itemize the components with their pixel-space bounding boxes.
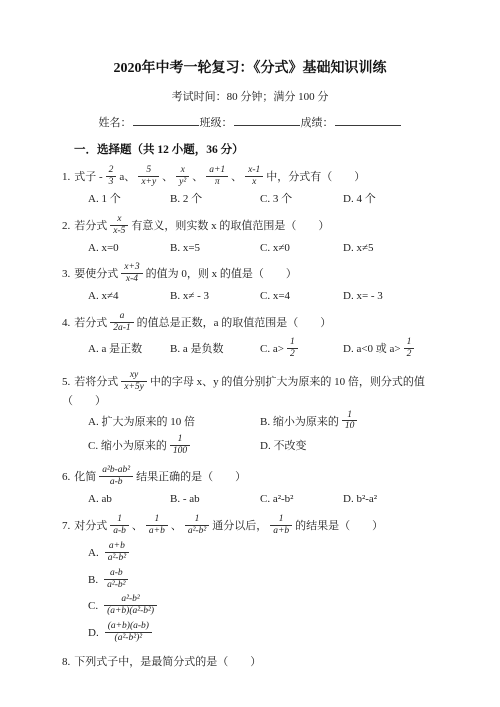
numerator: xy [121,370,147,381]
denominator: x+5y [121,381,147,393]
denominator: 100 [170,445,190,457]
numerator: 1 [170,434,190,445]
option-c: C. x=4 [260,289,343,304]
option-c-text: C. 缩小为原来的 [88,440,167,452]
numerator: (a+b)(a-b) [105,621,152,632]
question-7-text: 通分以后， [212,520,267,532]
question-5-number: 5. [62,376,70,388]
question-3-options: A. x≠4 B. x≠ - 3 C. x=4 D. x= - 3 [88,289,500,304]
question-4-number: 4. [62,317,70,329]
question-3-text: 要使分式 [74,268,118,280]
fraction: a+1π [206,165,228,188]
name-blank [133,113,199,126]
option-b: B. 缩小为原来的110 [260,411,500,434]
option-c: C.a²-b²(a+b)(a²-b²) [88,595,500,618]
question-4-text: 若分式 [74,317,107,329]
option-b-label: B. [88,574,98,586]
section-heading: 一．选择题（共 12 小题，36 分） [74,143,500,159]
question-6-text: 化简 [74,471,96,483]
question-8-number: 8. [62,656,70,668]
question-6-options: A. ab B. - ab C. a²-b² D. b²-a² [88,492,500,507]
option-a: A. 扩大为原来的 10 倍 [88,415,260,430]
question-1-text: 、 [162,171,173,183]
question-7-text: 、 [132,520,143,532]
denominator: x-4 [121,273,142,285]
question-1-text: 、 [231,171,242,183]
fraction: 1a-b [110,514,129,537]
numerator: x [176,165,189,176]
question-3-text: 的值为 0，则 x 的值是（ ） [146,268,297,280]
option-d: D. 不改变 [260,439,500,454]
numerator: x+3 [121,262,142,273]
question-1-text: 、 [192,171,203,183]
question-2: 2.若分式xx-5有意义，则实数 x 的取值范围是（ ） [62,215,500,238]
option-d: D. b²-a² [343,492,500,507]
fraction: xyx+5y [121,370,147,393]
fraction: xx-5 [110,214,128,237]
fraction: 1a+b [146,514,168,537]
question-7: 7.对分式1a-b、1a+b、1a²-b²通分以后，1a+b的结果是（ ） [62,515,500,538]
question-8: 8.下列式子中，是最简分式的是（ ） [62,655,500,670]
fraction: a²-b²(a+b)(a²-b²) [104,594,157,617]
numerator: 1 [146,514,168,525]
question-7-text: 、 [171,520,182,532]
fraction: a2a-1 [110,311,133,334]
question-5: 5.若将分式xyx+5y中的字母 x、y 的值分别扩大为原来的 10 倍，则分式… [62,371,500,409]
question-1-text: a、 [119,171,135,183]
option-b: B. 2 个 [170,192,260,207]
option-b: B.a-ba²-b² [88,569,500,592]
numerator: 1 [110,514,129,525]
question-4-options: A. a 是正数 B. a 是负数 C. a>12 D. a<0 或 a>12 [88,338,500,361]
denominator: 10 [342,420,358,432]
numerator: x-1 [245,165,263,176]
question-3: 3.要使分式x+3x-4的值为 0，则 x 的值是（ ） [62,263,500,286]
denominator: y² [176,176,189,188]
name-class-score-line: 姓名：班级：成绩： [0,113,500,131]
page-title: 2020年中考一轮复习：《分式》基础知识训练 [0,60,500,79]
question-1: 1.式子 -23a、5x+y、xy²、a+1π、x-1x中，分式有（ ） [62,166,500,189]
denominator: a+b [270,525,292,537]
question-4-text: 的值总是正数，a 的取值范围是（ ） [137,317,332,329]
class-label: 班级： [200,117,233,129]
question-8-text: 下列式子中，是最简分式的是（ ） [74,656,261,668]
fraction: 12 [287,337,298,360]
question-5-text: 若将分式 [74,376,118,388]
denominator: π [206,176,228,188]
fraction: 110 [342,410,358,433]
numerator: a²-b² [104,594,157,605]
fraction: 1a+b [270,514,292,537]
option-c: C. a²-b² [260,492,343,507]
fraction: 1100 [170,434,190,457]
numerator: 1 [287,337,298,348]
fraction: x-1x [245,165,263,188]
numerator: a+b [105,541,129,552]
question-7-number: 7. [62,520,70,532]
fraction: (a+b)(a-b)(a²-b²)² [105,621,152,644]
name-label: 姓名： [99,117,132,129]
denominator: 3 [106,176,117,188]
denominator: a²-b² [104,579,128,591]
denominator: 2a-1 [110,322,133,334]
option-c-text: C. a> [260,343,284,355]
numerator: 2 [106,165,117,176]
question-7-text: 对分式 [74,520,107,532]
numerator: 1 [342,410,358,421]
option-d: D. 4 个 [343,192,500,207]
numerator: a+1 [206,165,228,176]
option-a: A. x=0 [88,241,170,256]
option-b: B. x=5 [170,241,260,256]
option-c-label: C. [88,600,98,612]
numerator: a [110,311,133,322]
numerator: 5 [138,165,159,176]
fraction: 23 [106,165,117,188]
option-a: A.a+ba²-b² [88,542,500,565]
option-d: D.(a+b)(a-b)(a²-b²)² [88,622,500,645]
numerator: a-b [104,568,128,579]
fraction: a+ba²-b² [105,541,129,564]
numerator: 1 [270,514,292,525]
question-2-text: 若分式 [74,220,107,232]
fraction: 1a²-b² [185,514,209,537]
fraction: xy² [176,165,189,188]
option-d-label: D. [88,627,99,639]
denominator: a²-b² [105,552,129,564]
fraction: 5x+y [138,165,159,188]
question-7-text: 的结果是（ ） [295,520,383,532]
fraction: a²b-ab²a-b [99,465,133,488]
exam-paper: 2020年中考一轮复习：《分式》基础知识训练 考试时间：80 分钟；满分 100… [0,0,500,707]
question-2-number: 2. [62,220,70,232]
option-d: D. x= - 3 [343,289,500,304]
option-b: B. a 是负数 [170,342,260,357]
question-5-options-row-2: C. 缩小为原来的1100 D. 不改变 [88,435,500,458]
class-blank [234,113,300,126]
option-c: C. x≠0 [260,241,343,256]
option-b: B. x≠ - 3 [170,289,260,304]
question-6: 6.化简a²b-ab²a-b结果正确的是（ ） [62,466,500,489]
denominator: x+y [138,176,159,188]
fraction: x+3x-4 [121,262,142,285]
numerator: x [110,214,128,225]
exam-info: 考试时间：80 分钟；满分 100 分 [0,90,500,105]
option-b: B. - ab [170,492,260,507]
numerator: 1 [404,337,415,348]
denominator: x-5 [110,225,128,237]
option-a-label: A. [88,547,99,559]
option-d: D. a<0 或 a>12 [343,338,500,361]
option-a: A. x≠4 [88,289,170,304]
question-1-number: 1. [62,171,70,183]
question-6-number: 6. [62,471,70,483]
question-5-options-row-1: A. 扩大为原来的 10 倍 B. 缩小为原来的110 [88,411,500,434]
denominator: (a+b)(a²-b²) [104,605,157,617]
denominator: x [245,176,263,188]
denominator: 2 [287,348,298,360]
question-6-text: 结果正确的是（ ） [136,471,246,483]
denominator: a+b [146,525,168,537]
numerator: a²b-ab² [99,465,133,476]
question-3-number: 3. [62,268,70,280]
score-blank [335,113,401,126]
option-c: C. 3 个 [260,192,343,207]
fraction: 12 [404,337,415,360]
option-d-text: D. a<0 或 a> [343,343,401,355]
score-label: 成绩： [301,117,334,129]
option-a: A. 1 个 [88,192,170,207]
denominator: a²-b² [185,525,209,537]
question-2-text: 有意义，则实数 x 的取值范围是（ ） [131,220,329,232]
fraction: a-ba²-b² [104,568,128,591]
denominator: 2 [404,348,415,360]
option-c: C. 缩小为原来的1100 [88,435,260,458]
question-4: 4.若分式a2a-1的值总是正数，a 的取值范围是（ ） [62,312,500,335]
numerator: 1 [185,514,209,525]
option-a: A. ab [88,492,170,507]
denominator: a-b [99,476,133,488]
denominator: (a²-b²)² [105,632,152,644]
option-a: A. a 是正数 [88,342,170,357]
question-1-options: A. 1 个 B. 2 个 C. 3 个 D. 4 个 [88,192,500,207]
option-b-text: B. 缩小为原来的 [260,415,339,427]
denominator: a-b [110,525,129,537]
option-c: C. a>12 [260,338,343,361]
option-d: D. x≠5 [343,241,500,256]
question-1-text: 中，分式有（ ） [266,171,365,183]
question-1-text: 式子 - [74,171,102,183]
question-2-options: A. x=0 B. x=5 C. x≠0 D. x≠5 [88,241,500,256]
